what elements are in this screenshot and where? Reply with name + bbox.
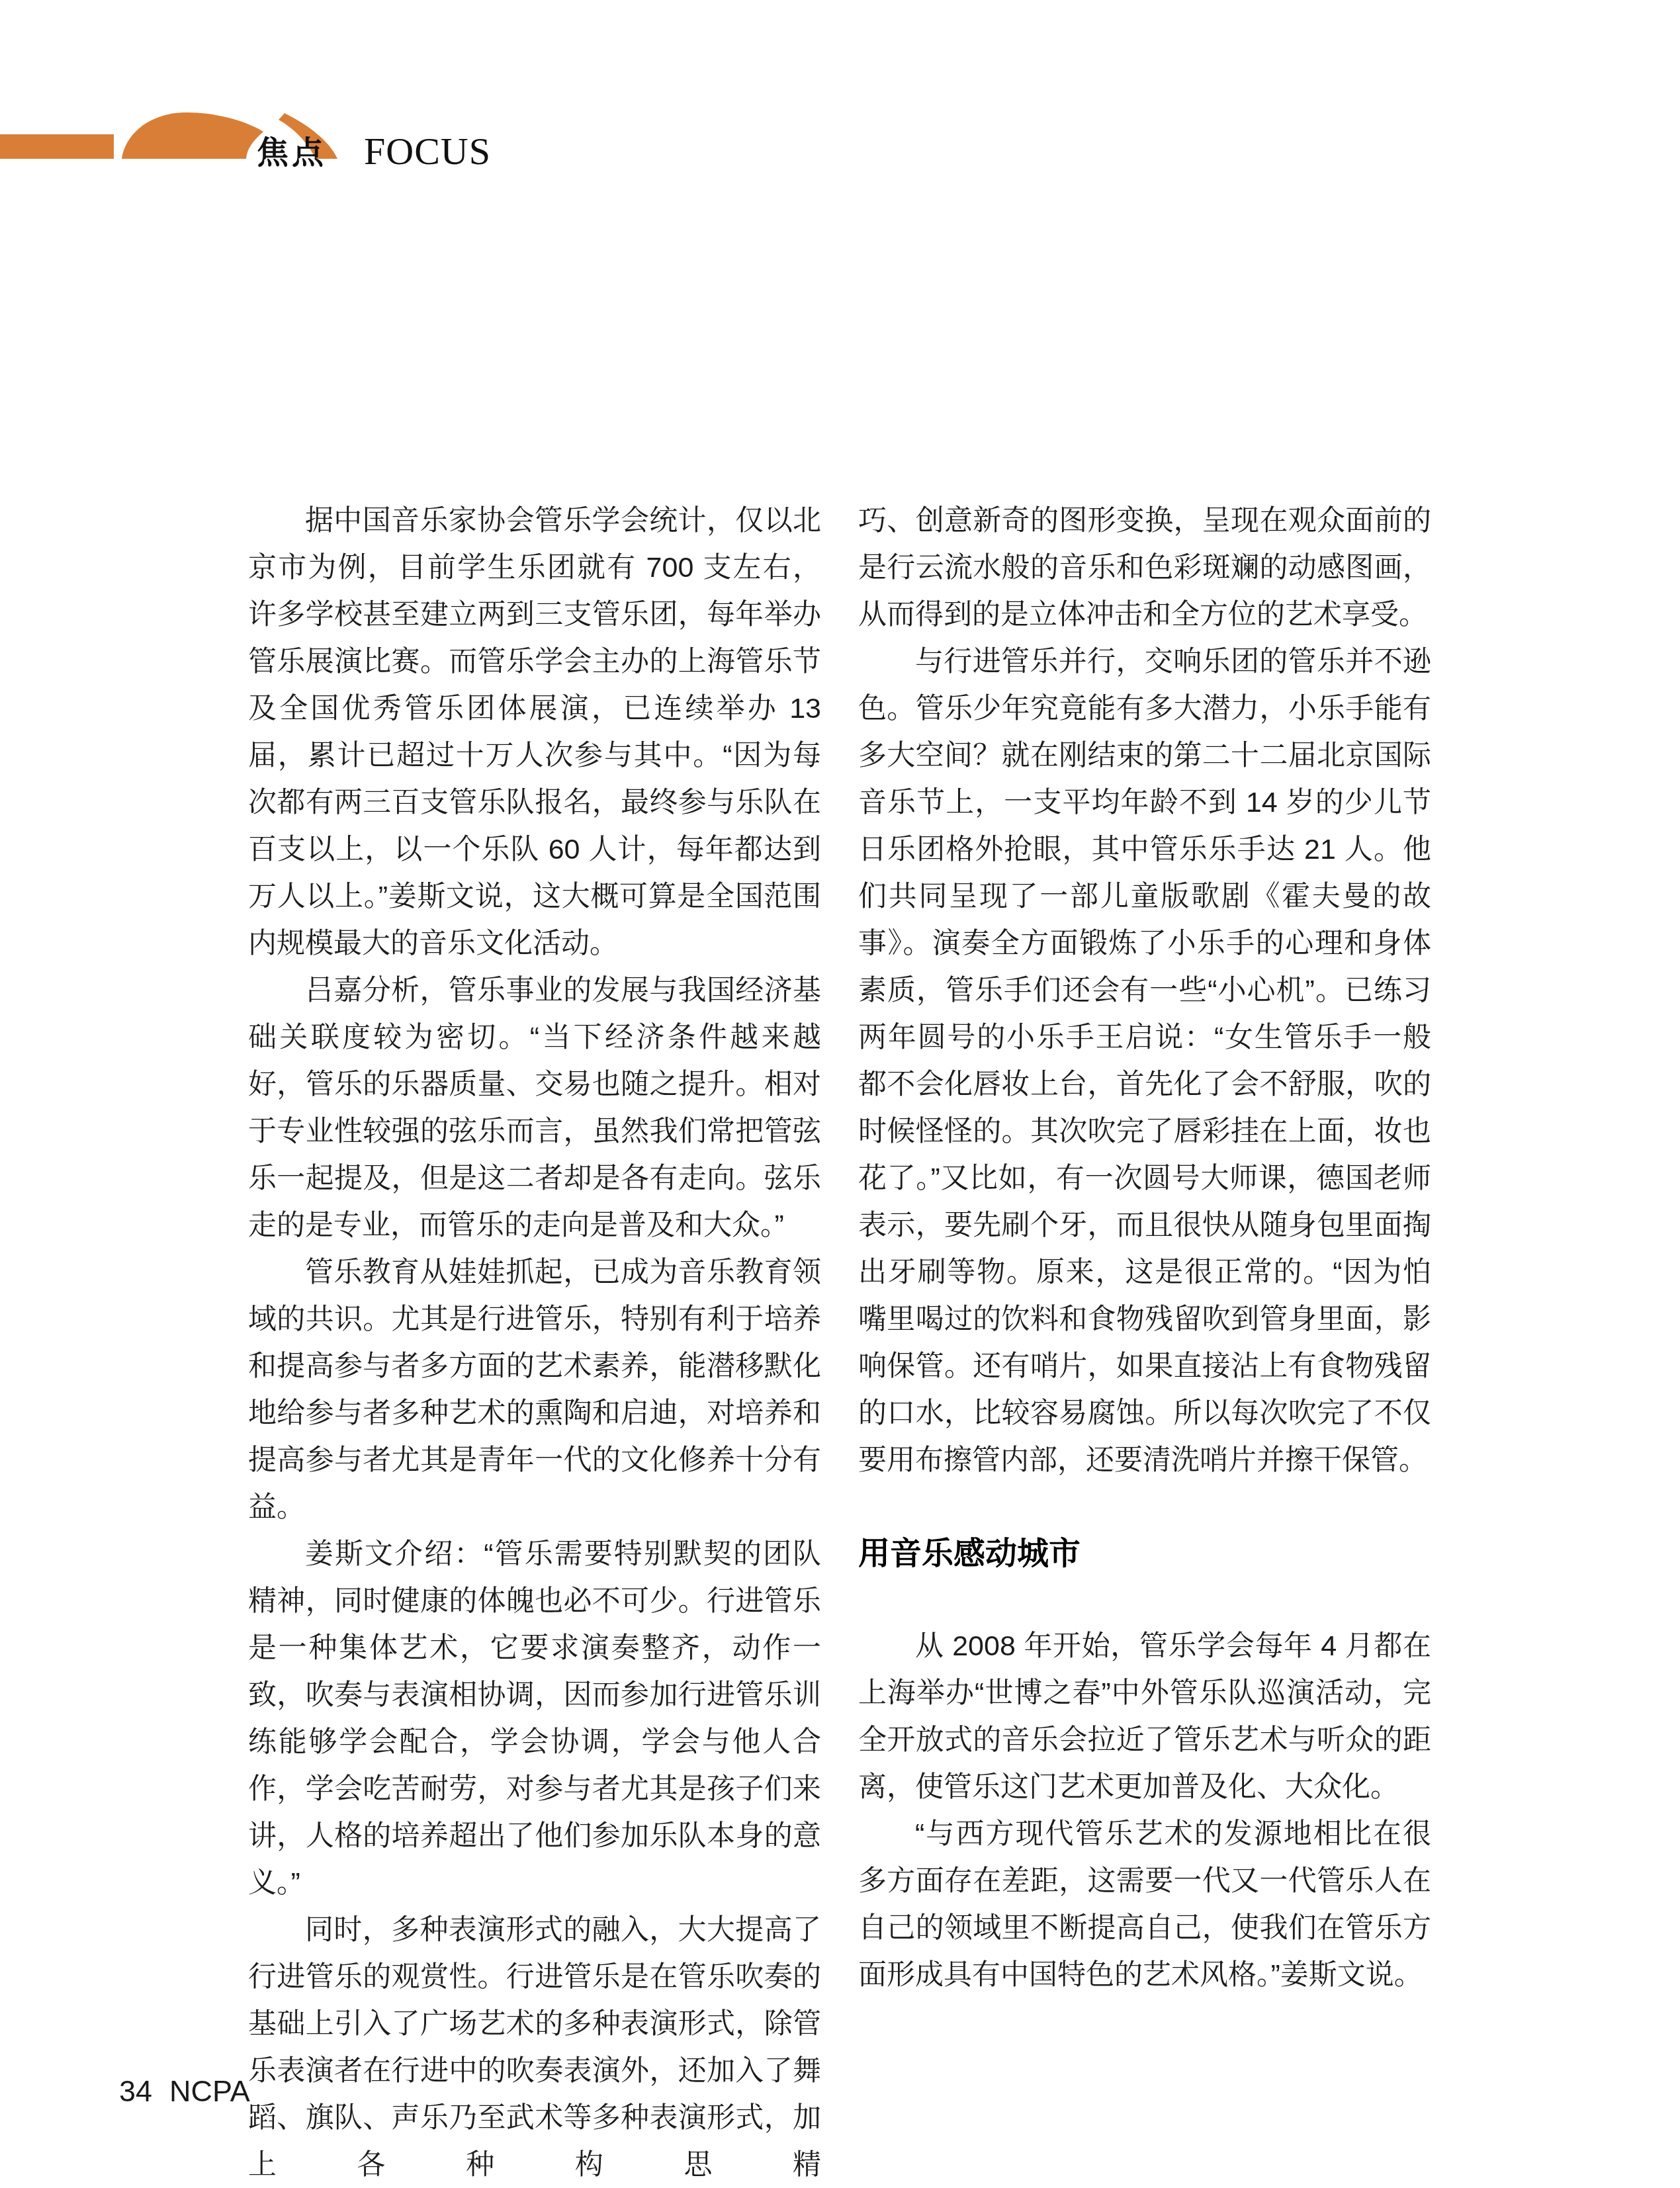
section-heading: 用音乐感动城市 (858, 1534, 1431, 1574)
section-label-cn: 焦点 (257, 138, 327, 169)
paragraph: 巧、创意新奇的图形变换，呈现在观众面前的是行云流水般的音乐和色彩斑斓的动感图画，… (858, 498, 1431, 638)
right-column: 巧、创意新奇的图形变换，呈现在观众面前的是行云流水般的音乐和色彩斑斓的动感图画，… (858, 498, 1431, 1999)
page-number: 34 (119, 2074, 152, 2108)
page-footer: 34NCPA (119, 2074, 250, 2109)
paragraph: “与西方现代管乐艺术的发源地相比在很多方面存在差距，这需要一代又一代管乐人在自己… (858, 1811, 1431, 1999)
paragraph: 从 2008 年开始，管乐学会每年 4 月都在上海举办“世博之春”中外管乐队巡演… (858, 1623, 1431, 1811)
brand: NCPA (169, 2074, 250, 2108)
paragraph: 据中国音乐家协会管乐学会统计，仅以北京市为例，目前学生乐团就有 700 支左右，… (248, 498, 821, 967)
paragraph: 姜斯文介绍：“管乐需要特别默契的团队精神，同时健康的体魄也必不可少。行进管乐是一… (248, 1531, 821, 1907)
header-orange-bar (0, 134, 114, 159)
paragraph: 吕嘉分析，管乐事业的发展与我国经济基础关联度较为密切。“当下经济条件越来越好，管… (248, 967, 821, 1249)
magazine-page: 焦点 FOCUS 据中国音乐家协会管乐学会统计，仅以北京市为例，目前学生乐团就有… (0, 0, 1680, 2188)
header-swoosh-hump (122, 112, 263, 159)
left-column: 据中国音乐家协会管乐学会统计，仅以北京市为例，目前学生乐团就有 700 支左右，… (248, 498, 821, 2188)
paragraph: 同时，多种表演形式的融入，大大提高了行进管乐的观赏性。行进管乐是在管乐吹奏的基础… (248, 1907, 821, 2188)
paragraph: 管乐教育从娃娃抓起，已成为音乐教育领域的共识。尤其是行进管乐，特别有利于培养和提… (248, 1249, 821, 1531)
section-label-en: FOCUS (364, 132, 491, 171)
paragraph: 与行进管乐并行，交响乐团的管乐并不逊色。管乐少年究竟能有多大潜力，小乐手能有多大… (858, 638, 1431, 1484)
